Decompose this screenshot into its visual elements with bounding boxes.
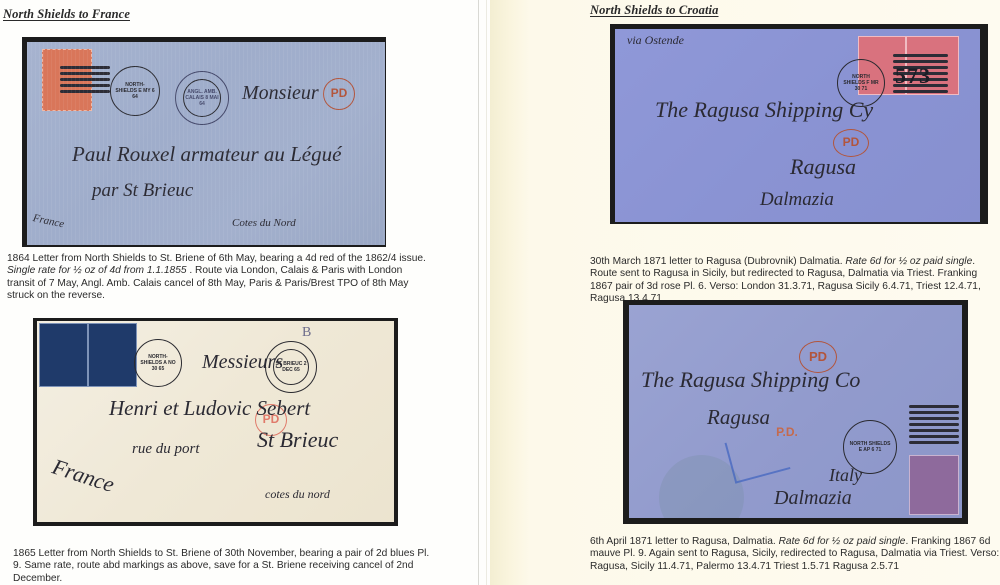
calais-postmark: ANGL. AMB. CALAIS 8 MAI 64 [175,71,229,125]
pd-mark: PD [323,78,355,110]
cover-caption: 6th April 1871 letter to Ragusa, Dalmati… [590,536,1000,573]
stamp-2d-blue [88,323,137,387]
address-line: Paul Rouxel armateur au Légué [72,142,341,167]
address-line: Messieurs [202,351,283,374]
address-line: The Ragusa Shipping Co [641,367,860,393]
address-line: Dalmazia [774,487,852,510]
north-shields-postmark: NORTH-SHIELDS E MY 6 64 [110,66,160,116]
numeral-cancel: 573 [895,63,931,89]
duplex-cancel [60,66,110,96]
address-line: via Ostende [627,33,684,48]
address-line: France [32,212,66,230]
cover-1871-april-croatia: PD P.D. NORTH SHIELDS E AP 6 71 The Ragu… [629,305,962,518]
address-line: Monsieur [242,82,319,105]
pencil-mark: B [302,325,311,341]
address-line: Henri et Ludovic Sebert [109,396,310,421]
address-line: Italy [829,465,862,486]
duplex-cancel [909,405,959,447]
blue-crayon-mark [725,428,791,483]
stamp-4d-red [42,49,92,111]
stamp-6d-mauve [909,455,959,515]
address-line: Cotes du Nord [232,217,296,229]
pd-mark: PD [833,129,869,157]
page-heading-france: North Shields to France [3,7,130,22]
page-heading-croatia: North Shields to Croatia [590,3,718,18]
cover-1871-march-croatia: 573 NORTH SHIELDS F MR 30 71 PD via Oste… [615,29,980,222]
cover-caption: 1865 Letter from North Shields to St. Br… [13,548,433,585]
cover-caption: 1864 Letter from North Shields to St. Br… [7,253,427,303]
address-line: cotes du nord [265,487,330,502]
cover-caption: 30th March 1871 letter to Ragusa (Dubrov… [590,256,1000,306]
north-shields-postmark: NORTH-SHIELDS A NO 30 65 [134,339,182,387]
address-line: St Brieuc [257,427,338,453]
address-line: Dalmazia [760,189,834,211]
cover-1864-france: NORTH-SHIELDS E MY 6 64 ANGL. AMB. CALAI… [27,42,385,245]
address-line: France [49,454,117,498]
address-line: par St Brieuc [92,180,193,202]
address-line: rue du port [132,441,200,458]
page-edge [478,0,479,585]
page-edge [486,0,487,585]
stamp-2d-blue [39,323,88,387]
address-line: Ragusa [790,154,856,180]
address-line: The Ragusa Shipping Cy [655,97,873,123]
address-line: Ragusa [707,405,770,430]
cover-1865-france: NORTH-SHIELDS A NO 30 65 ST BRIEUC 2 DEC… [37,321,394,522]
